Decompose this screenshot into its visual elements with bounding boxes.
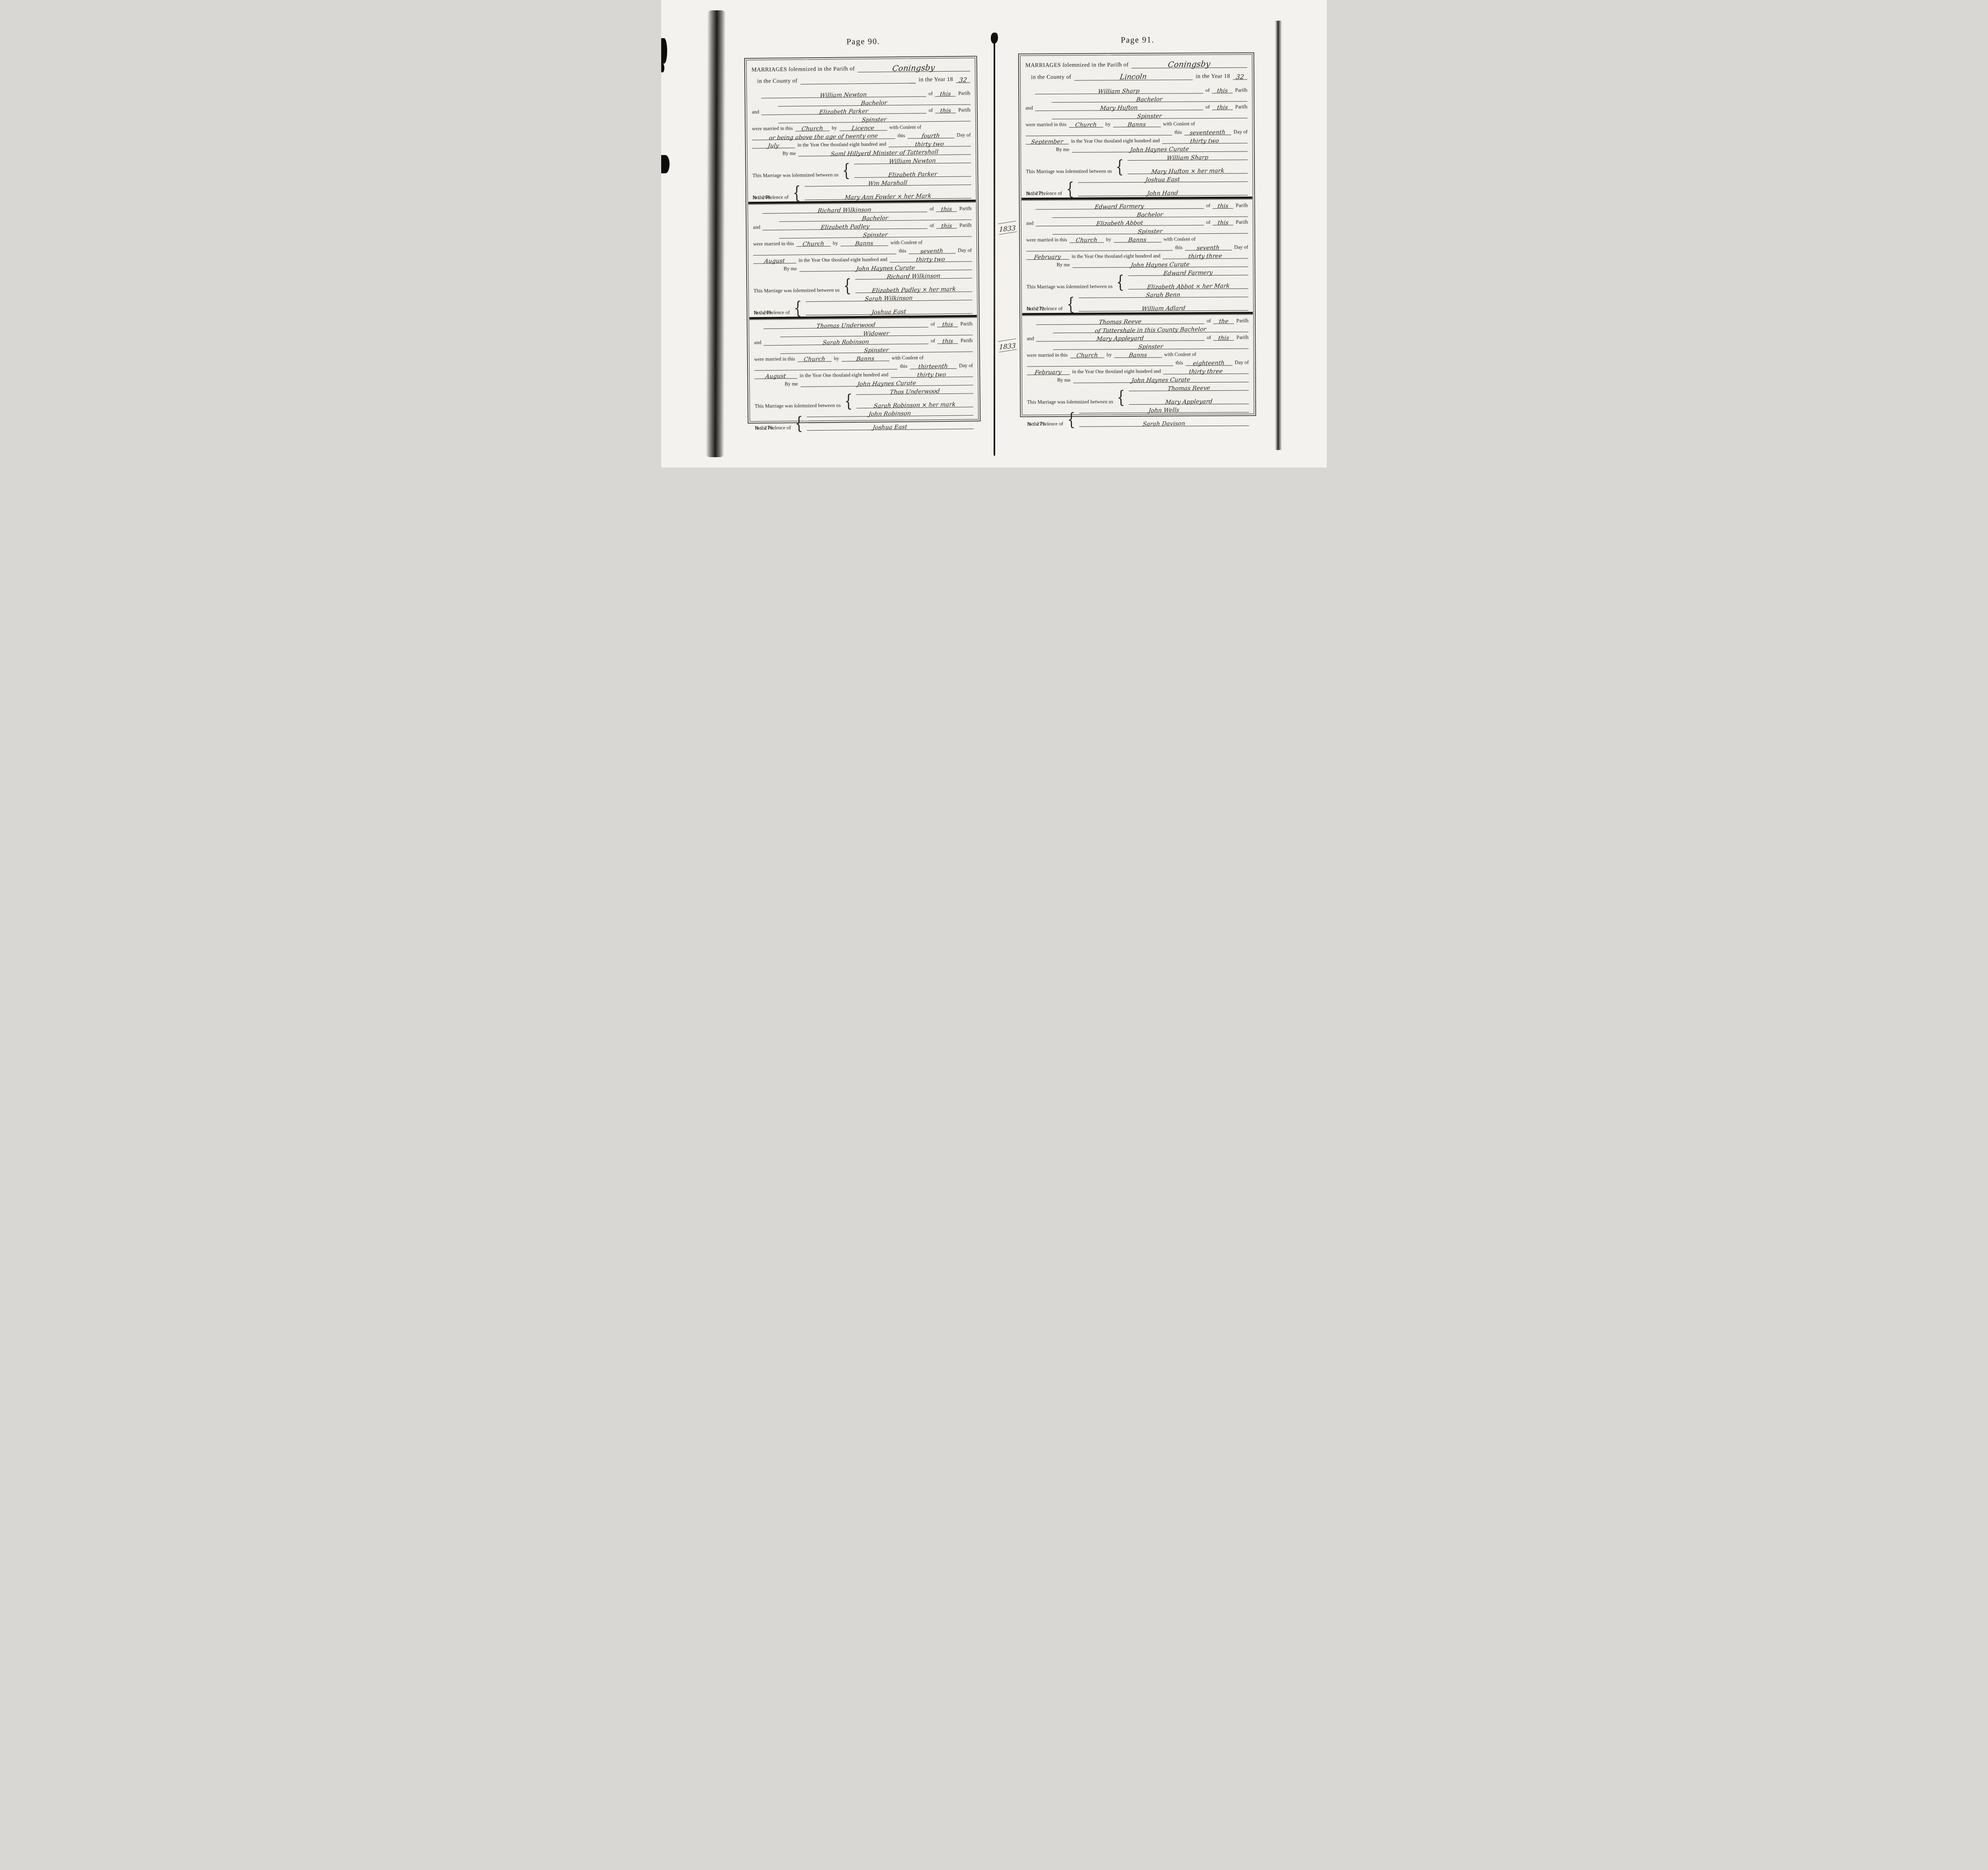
flourish-line [998, 221, 1016, 224]
groom-of: this [942, 322, 953, 328]
parish-blank-line: Coningsby [1132, 58, 1247, 69]
curly-brace-glyph: { [1067, 413, 1075, 427]
day-line: seventh [1185, 242, 1232, 251]
married-label: were married in this [754, 356, 795, 363]
day-line: seventeenth [1184, 127, 1231, 136]
of-label: of [928, 91, 933, 97]
method-line: Banns [1114, 349, 1162, 358]
witness2-signature: Joshua East [872, 424, 907, 431]
marriage-record: William Newton of this Pariſh Bachelor a… [747, 86, 976, 202]
groom-of: this [1216, 88, 1228, 94]
bride-signature-line: Elizabeth Parker [854, 168, 971, 178]
year-words-line: thirty two [890, 253, 972, 262]
solemnized-label: This Marriage was ſolemnized between us [1027, 399, 1113, 405]
groom-of-line: the [1213, 316, 1234, 324]
year-blank-line: 32 [956, 74, 970, 83]
day-row: this eighteenth Day of [1027, 357, 1249, 367]
page-header: MARRIAGES ſolemnized in the Pariſh of Co… [1021, 54, 1252, 84]
record-number: No. 270. [755, 425, 774, 431]
curly-brace-glyph: { [843, 163, 851, 178]
groom-name-line: William Sharp [1035, 85, 1203, 94]
bride-condition: Spinster [1137, 113, 1162, 120]
couple-signatures: William Newton Elizabeth Parker [854, 155, 971, 178]
curly-brace-glyph: { [1117, 390, 1125, 405]
of-label: of [929, 107, 933, 113]
couple-signatures: Edward Farmery Elizabeth Abbot × her Mar… [1128, 267, 1248, 290]
bride-condition-row: Spinster [1025, 110, 1247, 120]
and-label: and [752, 109, 759, 115]
day-word: eighteenth [1192, 360, 1225, 367]
year-row: August in the Year One thouſand eight hu… [754, 369, 973, 379]
by-label: by [1105, 121, 1110, 127]
officiant-signature: John Haynes Curate [1131, 377, 1190, 384]
county-blank-line [800, 75, 916, 85]
day-row: this seventh Day of [1026, 242, 1248, 252]
day-line: eighteenth [1185, 357, 1232, 366]
witness2-line: John Hand [1078, 187, 1248, 196]
groom-name: Thomas Reeve [1099, 318, 1142, 326]
groom-of-line: this [935, 88, 956, 97]
officiant-signature: John Haynes Curate [856, 265, 915, 272]
year-words: thirty two [917, 372, 946, 378]
year-phrase-label: in the Year One thouſand eight hundred a… [1071, 138, 1160, 144]
officiant-signature: John Haynes Curate [1130, 146, 1189, 153]
of-label: of [930, 206, 934, 212]
bride-name: Sarah Robinson [822, 339, 870, 346]
curly-brace-glyph: { [795, 416, 803, 431]
of-label: of [1207, 335, 1211, 341]
by-me-label: By me [1057, 377, 1071, 383]
witness2-signature: John Hand [1147, 190, 1178, 197]
of-label: of [930, 223, 934, 229]
bride-signature: Elizabeth Parker [888, 171, 938, 178]
bride-of-line: this [1213, 217, 1233, 225]
bride-of: this [1218, 335, 1229, 341]
groom-name: William Newton [820, 91, 868, 99]
witness1-line: John Wells [1079, 404, 1249, 413]
year-words-line: thirty three [1163, 366, 1249, 374]
groom-condition-row: Bachelor [1025, 93, 1247, 103]
church-line: Church [795, 123, 829, 132]
consent-label: with Conſent of [889, 124, 921, 131]
marriage-record: William Sharp of this Pariſh Bachelor an… [1021, 83, 1252, 198]
couple-signatures: Richard Wilkinson Elizabeth Padley × her… [855, 270, 972, 293]
witness2-line: Joshua East [806, 305, 973, 315]
bride-of-line: this [938, 336, 958, 344]
married-label: were married in this [1027, 352, 1068, 359]
parish-label: Pariſh [1235, 87, 1247, 93]
curly-brace-glyph: { [1066, 182, 1074, 196]
groom-condition: Bachelor [1136, 211, 1163, 218]
day-word: seventeenth [1189, 129, 1226, 136]
parish-label: Pariſh [961, 338, 973, 343]
page-91-label: Page 91. [1102, 35, 1173, 45]
book-gutter-fold [994, 35, 995, 456]
bride-condition-row: Spinster [1026, 225, 1248, 235]
of-label: of [1206, 203, 1210, 209]
parish-label: Pariſh [1237, 335, 1249, 341]
groom-name-line: Thomas Reeve [1036, 316, 1204, 325]
day-of-label: Day of [957, 132, 971, 138]
witness2-signature: Sarah Davison [1142, 421, 1186, 428]
groom-row: Edward Farmery of this Pariſh [1026, 200, 1248, 210]
church-line: Church [1069, 119, 1103, 127]
solemnized-row: This Marriage was ſolemnized between us … [1026, 152, 1248, 175]
method-word: Banns [1127, 122, 1146, 128]
consent-label: with Conſent of [1164, 236, 1196, 242]
church-line: Church [797, 353, 831, 362]
curly-brace-glyph: { [794, 301, 802, 315]
year-digits: 32 [958, 76, 967, 83]
month-word: February [1034, 254, 1061, 261]
groom-signature: William Newton [889, 158, 936, 165]
groom-condition-row: of Tattershale in this County Bachelor [1027, 324, 1248, 334]
method-line: Banns [841, 353, 889, 361]
marriage-record: Edward Farmery of this Pariſh Bachelor a… [1021, 198, 1253, 313]
day-word: fourth [921, 133, 940, 140]
church-word: Church [1075, 237, 1097, 244]
couple-signatures: Thos Underwood Sarah Robinson × her mark [856, 385, 973, 408]
bride-name: Mary Appleyard [1096, 335, 1144, 342]
method-word: Licence [851, 125, 875, 132]
method-word: Banns [854, 240, 873, 247]
bride-of: this [942, 338, 953, 345]
year-heading: in the Year 18 [1196, 73, 1230, 80]
witness1-signature: John Robinson [868, 410, 911, 417]
parish-label: Pariſh [1237, 318, 1249, 324]
this-label: this [900, 363, 907, 369]
witness2-line: William Adlard [1079, 303, 1248, 312]
year-words-line: thirty two [889, 138, 971, 147]
bride-of-line: this [1212, 102, 1233, 110]
of-label: of [931, 321, 935, 327]
bride-condition: Spinster [862, 232, 888, 239]
married-label: were married in this [753, 241, 794, 247]
witness-signatures: Wm Marshall Mary Ann Fowler × her Mark [804, 177, 971, 200]
witness1-signature: Sarah Benn [1146, 292, 1181, 299]
couple-signatures: William Sharp Mary Hufton × her mark [1128, 152, 1248, 175]
presence-row: In the Preſence of { Sarah Wilkinson Jos… [753, 292, 973, 316]
year-words: thirty two [1190, 138, 1219, 145]
method-word: Banns [1128, 237, 1146, 244]
consent-label: with Conſent of [1164, 351, 1196, 357]
witness2-signature: Joshua East [871, 308, 906, 316]
and-label: and [1027, 336, 1034, 341]
method-line: Licence [839, 122, 887, 131]
married-label: were married in this [1026, 237, 1067, 243]
curly-brace-glyph: { [1116, 275, 1124, 289]
by-label: by [833, 241, 838, 246]
groom-condition: Bachelor [1136, 96, 1163, 103]
by-label: by [834, 356, 839, 362]
day-of-label: Day of [1234, 244, 1248, 250]
curly-brace-glyph: { [792, 186, 801, 200]
flourish-line [998, 338, 1016, 341]
parish-label: Pariſh [1235, 104, 1248, 110]
year-digits: 32 [1235, 73, 1244, 80]
groom-condition-line: Bachelor [1052, 209, 1248, 218]
solemnized-label: This Marriage was ſolemnized between us [1027, 283, 1112, 290]
day-line: fourth [907, 130, 954, 139]
day-word: thirteenth [918, 363, 948, 371]
county-name: Lincoln [1119, 73, 1147, 81]
of-label: of [931, 338, 935, 344]
curly-brace-glyph: { [1066, 297, 1074, 312]
consent-note-line [1026, 242, 1173, 252]
bride-condition: Spinster [1138, 343, 1163, 350]
groom-condition: Widower [863, 330, 889, 337]
witness2-signature: Mary Ann Fowler × her Mark [844, 193, 932, 201]
day-word: seventh [920, 248, 944, 255]
by-me-label: By me [784, 266, 797, 272]
records-column: William Sharp of this Pariſh Bachelor an… [1021, 83, 1254, 428]
marriages-heading: MARRIAGES ſolemnized in the Pariſh of [751, 66, 855, 73]
officiant-line: John Haynes Curate [1073, 374, 1249, 383]
curly-brace-glyph: { [1116, 160, 1124, 174]
church-line: Church [1070, 234, 1104, 242]
witness-signatures: Joshua East John Hand [1078, 174, 1248, 196]
groom-signature: Thos Underwood [889, 388, 940, 396]
scan-speck [661, 38, 667, 64]
bride-of-line: this [936, 220, 957, 229]
bride-signature: Mary Hufton × her mark [1151, 168, 1225, 175]
year-row: August in the Year One thouſand eight hu… [753, 253, 972, 264]
bride-signature: Elizabeth Abbot × her Mark [1147, 283, 1230, 291]
bride-of-line: this [935, 105, 956, 113]
church-word: Church [1076, 352, 1098, 359]
groom-condition: Bachelor [862, 215, 889, 222]
bride-condition: Spinster [862, 116, 887, 123]
solemnized-row: This Marriage was ſolemnized between us … [1026, 267, 1248, 290]
month-line: August [753, 255, 796, 264]
parish-label: Pariſh [1236, 203, 1248, 209]
register-scan: Page 90. Page 91. 1833 1833 MARRIAGES ſo… [661, 0, 1327, 467]
groom-condition-row: Bachelor [1026, 209, 1248, 218]
this-label: this [899, 248, 907, 254]
bride-condition-row: Spinster [1027, 341, 1248, 350]
day-row: this seventeenth Day of [1026, 127, 1248, 136]
presence-row: In the Preſence of { John Robinson Joshu… [755, 407, 974, 431]
book-right-edge [1275, 21, 1282, 450]
groom-of: this [1217, 203, 1229, 210]
records-column: William Newton of this Pariſh Bachelor a… [747, 86, 978, 432]
of-label: of [1206, 87, 1210, 93]
officiant-signature: John Haynes Curate [1130, 262, 1190, 269]
witness-signatures: Sarah Wilkinson Joshua East [806, 292, 973, 315]
solemnized-row: This Marriage was ſolemnized between us … [752, 155, 971, 178]
consent-note-line: or being above the age of twenty one [752, 130, 895, 140]
this-label: this [1176, 360, 1183, 366]
parish-name: Coningsby [892, 63, 936, 73]
page-90-label: Page 90. [827, 36, 899, 47]
bride-of: this [1217, 220, 1229, 226]
bride-signature-line: Sarah Robinson × her mark [856, 399, 973, 408]
year-phrase-label: in the Year One thouſand eight hundred a… [1072, 253, 1160, 260]
year-words: thirty three [1189, 368, 1223, 375]
scan-speck [661, 155, 670, 173]
witness2-line: Mary Ann Fowler × her Mark [804, 190, 971, 200]
groom-row: Thomas Reeve of the Pariſh [1027, 316, 1248, 325]
solemnized-row: This Marriage was ſolemnized between us … [1027, 382, 1249, 405]
year-words-line: thirty three [1163, 250, 1248, 259]
parish-label: Pariſh [960, 321, 973, 327]
month-word: August [764, 258, 785, 265]
groom-name: William Sharp [1098, 88, 1140, 95]
groom-condition-line: of Tattershale in this County Bachelor [1053, 324, 1248, 334]
bride-name: Elizabeth Padley [820, 223, 870, 231]
year-row: February in the Year One thouſand eight … [1027, 366, 1249, 375]
method-word: Banns [856, 355, 874, 362]
groom-row: William Sharp of this Pariſh [1025, 85, 1247, 95]
witness2-line: Sarah Davison [1079, 418, 1249, 427]
bride-signature-line: Elizabeth Padley × her mark [856, 283, 973, 293]
groom-signature: Thomas Reeve [1167, 385, 1210, 392]
consent-note-line [1026, 127, 1172, 136]
day-of-label: Day of [959, 363, 973, 369]
of-label: of [1207, 318, 1211, 324]
groom-name: Richard Wilkinson [817, 207, 872, 214]
bride-signature-line: Mary Appleyard [1129, 396, 1249, 405]
groom-signature: William Sharp [1167, 155, 1209, 162]
year-words: thirty two [915, 141, 944, 148]
bride-condition-line: Spinster [1052, 110, 1247, 120]
by-me-label: By me [1056, 262, 1070, 268]
month-line: February [1027, 367, 1070, 375]
month-line: September [1026, 136, 1069, 145]
by-label: by [832, 125, 837, 131]
church-word: Church [803, 356, 825, 363]
parish-label: Pariſh [959, 222, 972, 228]
groom-name: Thomas Underwood [816, 322, 876, 330]
record-number: No. 271. [1026, 190, 1045, 196]
marriage-record: Richard Wilkinson of this Pariſh Bachelo… [748, 202, 977, 317]
groom-of-line: this [936, 204, 957, 212]
groom-condition: Bachelor [860, 100, 887, 107]
church-word: Church [801, 126, 823, 132]
method-word: Banns [1128, 352, 1147, 359]
day-line: seventh [909, 245, 955, 254]
record-number: No. 268. [753, 194, 772, 200]
record-number: No. 273. [1027, 421, 1046, 427]
groom-of: this [941, 206, 952, 213]
day-of-label: Day of [1235, 360, 1248, 366]
groom-of-line: this [1213, 200, 1233, 209]
witness1-signature: Joshua East [1145, 177, 1180, 183]
parish-label: Pariſh [1236, 219, 1248, 225]
parish-name: Coningsby [1167, 59, 1211, 69]
year-words-line: thirty two [1162, 135, 1248, 144]
witness-signatures: Sarah Benn William Adlard [1078, 289, 1248, 312]
method-line: Banns [840, 237, 888, 246]
marriage-record: Thomas Underwood of this Pariſh Widower … [749, 317, 978, 432]
page-header: MARRIAGES ſolemnized in the Pariſh of Co… [747, 58, 975, 89]
officiant-line: John Haynes Curate [1072, 144, 1248, 153]
by-me-label: By me [784, 381, 798, 387]
scan-speck [661, 64, 664, 72]
day-word: seventh [1196, 245, 1220, 252]
consent-label: with Conſent of [891, 355, 923, 361]
groom-of: the [1218, 318, 1229, 325]
solemnized-label: This Marriage was ſolemnized between us [1026, 168, 1112, 175]
year-words-line: thirty two [891, 369, 973, 378]
groom-signature: Richard Wilkinson [886, 273, 941, 280]
witness-signatures: John Robinson Joshua East [807, 407, 974, 431]
bride-condition: Spinster [1137, 228, 1163, 235]
margin-year-note: 1833 [996, 220, 1020, 236]
county-blank-line: Lincoln [1074, 71, 1193, 81]
groom-of-line: this [1212, 85, 1233, 93]
ink-blot [991, 33, 998, 44]
bride-name-line: Mary Hufton [1035, 102, 1203, 111]
presence-row: In the Preſence of { Sarah Benn William … [1027, 289, 1248, 312]
by-me-label: By me [782, 151, 796, 157]
day-of-label: Day of [1233, 129, 1247, 135]
by-me-label: By me [1056, 147, 1070, 153]
groom-of: this [940, 91, 951, 98]
register-page-91: MARRIAGES ſolemnized in the Pariſh of Co… [1020, 54, 1254, 415]
day-line: thirteenth [910, 361, 957, 369]
consent-label: with Conſent of [1163, 121, 1195, 127]
church-word: Church [1075, 122, 1097, 128]
year-blank-line: 32 [1233, 72, 1247, 80]
county-heading: in the County of [757, 78, 798, 85]
couple-signatures: Thomas Reeve Mary Appleyard [1129, 382, 1249, 405]
groom-of-line: this [937, 319, 958, 327]
month-word: February [1035, 369, 1062, 376]
and-label: and [753, 224, 761, 230]
married-label: were married in this [1026, 122, 1067, 128]
and-label: and [1025, 105, 1033, 111]
month-line: February [1026, 251, 1069, 260]
record-number: No. 269. [754, 310, 773, 316]
officiant-signature: John Haynes Curate [857, 380, 916, 388]
method-line: Banns [1113, 234, 1161, 243]
register-page-90: MARRIAGES ſolemnized in the Pariſh of Co… [746, 58, 979, 421]
and-label: and [1026, 220, 1034, 226]
this-label: this [1175, 129, 1182, 135]
married-label: were married in this [752, 126, 793, 132]
of-label: of [1206, 104, 1210, 110]
bride-of: this [940, 108, 951, 114]
year-row: February in the Year One thouſand eight … [1026, 250, 1248, 260]
year-words: thirty two [916, 256, 945, 263]
bride-name: Mary Hufton [1100, 105, 1138, 111]
witness-signatures: John Wells Sarah Davison [1079, 404, 1249, 427]
bride-name-line: Elizabeth Abbot [1036, 217, 1204, 226]
groom-name: Edward Farmery [1095, 203, 1145, 210]
month-word: September [1031, 139, 1064, 145]
witness1-signature: John Wells [1148, 407, 1180, 414]
consent-label: with Conſent of [891, 240, 922, 246]
record-number: No. 272. [1027, 306, 1046, 312]
bride-of-line: this [1213, 332, 1234, 341]
witness1-signature: Wm Marshall [868, 180, 907, 187]
bride-name: Elizabeth Abbot [1096, 220, 1143, 227]
witness1-signature: Sarah Wilkinson [864, 295, 913, 302]
year-phrase-label: in the Year One thouſand eight hundred a… [1072, 369, 1161, 375]
consent-note-line [1027, 358, 1173, 367]
church-line: Church [796, 238, 831, 247]
book-left-edge [706, 10, 726, 457]
parish-label: Pariſh [958, 90, 971, 96]
witness2-line: Joshua East [807, 421, 974, 431]
bride-condition-line: Spinster [1053, 341, 1248, 350]
witness2-signature: William Adlard [1141, 305, 1186, 312]
and-label: and [754, 339, 761, 345]
curly-brace-glyph: { [845, 394, 853, 408]
of-label: of [1206, 219, 1211, 225]
bride-signature-line: Mary Hufton × her mark [1128, 165, 1248, 175]
